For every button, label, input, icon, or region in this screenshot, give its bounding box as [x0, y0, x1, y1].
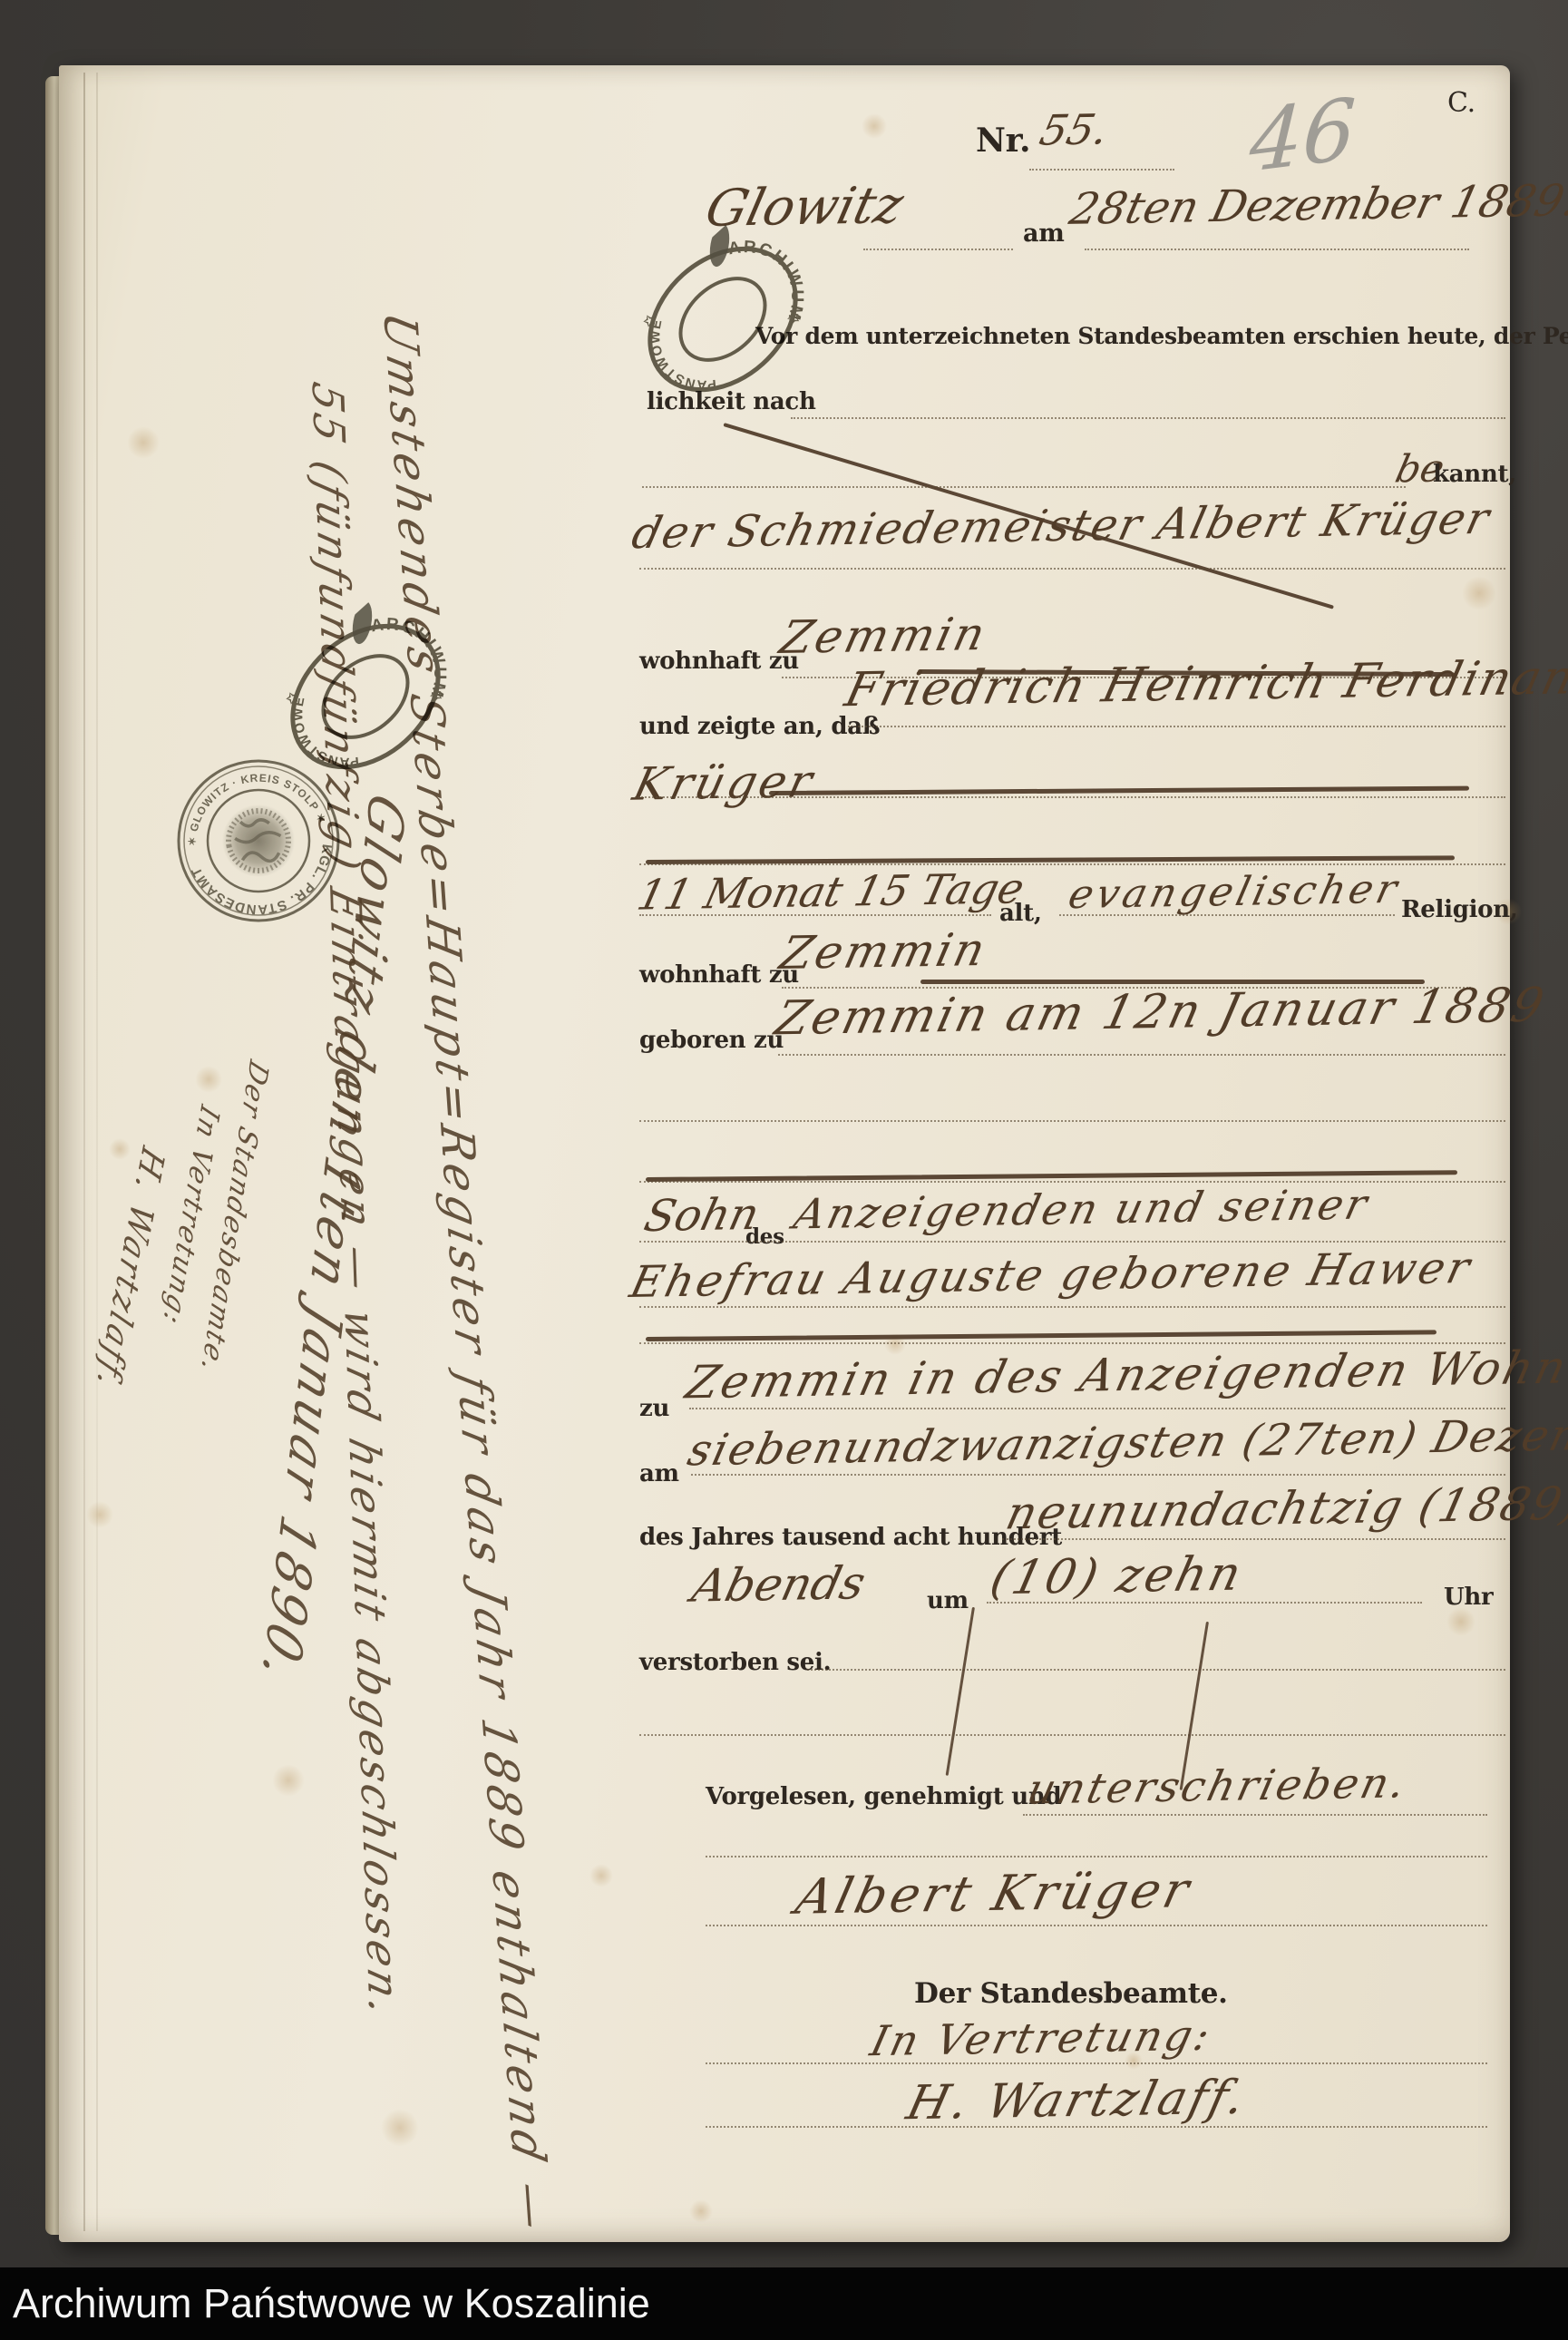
rule-signature-2: [706, 2126, 1487, 2128]
rule-age: [639, 914, 991, 916]
year-entry: neunundachtzig (1889): [1001, 1477, 1568, 1539]
binding-crease: [96, 73, 98, 2231]
rule-birth: [778, 1054, 1505, 1056]
residence-entry-2: Zemmin: [775, 923, 993, 980]
religion-entry: evangelischer: [1064, 866, 1405, 918]
residence-entry-1: Zemmin: [775, 608, 993, 664]
document-scan-stage: Nr. 55. C. 46 Glowitz am 28ten Dezember …: [0, 0, 1568, 2340]
um-label: um: [927, 1587, 969, 1614]
age-entry: 11 Monat 15 Tage: [633, 863, 1029, 919]
des-label: des: [745, 1224, 784, 1249]
date-entry: 28ten Dezember 1889.: [1065, 175, 1568, 235]
record-number-label: Nr.: [976, 122, 1030, 160]
rule-child-name-1: [848, 726, 1505, 727]
wohnhaft-label-2: wohnhaft zu: [639, 961, 799, 989]
uhr-label: Uhr: [1444, 1584, 1493, 1611]
verstorben-label: verstorben sei.: [639, 1649, 831, 1676]
am-label: am: [1023, 219, 1064, 248]
rule-verstorben: [807, 1669, 1505, 1671]
unterschrieben-entry: unterschrieben.: [1023, 1758, 1413, 1813]
bekannt-printed-part: kannt,: [1433, 461, 1516, 488]
rule-signature-1: [706, 1925, 1487, 1926]
geboren-label: geboren zu: [639, 1027, 784, 1054]
record-number-value: 55.: [1036, 104, 1114, 154]
rule-under-number: [1029, 169, 1174, 171]
time-prefix-entry: Abends: [687, 1556, 871, 1612]
archive-name: Archiwum Państwowe w Koszalinie: [13, 2267, 650, 2340]
rule-vertretung: [706, 2062, 1487, 2064]
rule-blank-2: [642, 486, 1406, 488]
intro-line-1: Vor dem unterzeichneten Standesbeamten e…: [755, 323, 1568, 349]
rule-year: [1002, 1538, 1505, 1540]
rule-unterschrieben: [1023, 1814, 1487, 1816]
rule-death-day: [691, 1474, 1505, 1476]
pencil-archive-number: 46: [1248, 80, 1359, 191]
corner-letter: C.: [1447, 87, 1475, 119]
religion-label: Religion,: [1401, 896, 1518, 923]
declarant-signature: Albert Krüger: [791, 1861, 1198, 1926]
am-label-2: am: [639, 1460, 679, 1487]
rule-time: [987, 1602, 1422, 1604]
rule-relation-1: [639, 1241, 1505, 1243]
rule-religion: [1059, 914, 1395, 916]
rule-relation-2: [639, 1306, 1505, 1308]
rule-blank-5: [639, 1181, 1505, 1183]
rule-blank-8: [706, 1856, 1487, 1857]
rule-child-name-2: [635, 796, 1505, 798]
vorgelesen-label: Vorgelesen, genehmigt und: [706, 1783, 1061, 1810]
archive-footer-bar: Archiwum Państwowe w Koszalinie: [0, 2267, 1568, 2340]
alt-label: alt,: [999, 900, 1042, 927]
rule-blank-7: [639, 1734, 1505, 1736]
relation-entry-b: Anzeigenden und seiner: [789, 1180, 1374, 1239]
rule-place: [863, 249, 1013, 250]
year-label: des Jahres tausend acht hundert: [639, 1524, 1062, 1551]
standesbeamte-label: Der Standesbeamte.: [914, 1977, 1228, 2010]
registry-round-stamp-icon: KGL. PR. STANDESAMT ✶ GLOWITZ · KREIS ST…: [159, 741, 358, 941]
rule-death-place: [689, 1408, 1505, 1409]
rule-blank-3: [639, 863, 1505, 865]
rule-declarant: [639, 568, 1505, 570]
rule-blank-4: [639, 1120, 1505, 1122]
rule-blank-1: [791, 417, 1505, 419]
child-name-entry-2: Krüger: [628, 755, 820, 810]
official-signature: H. Wartzlaff.: [901, 2071, 1252, 2130]
rule-date: [1085, 249, 1469, 250]
binding-crease: [83, 73, 85, 2231]
time-entry: (10) zehn: [985, 1547, 1248, 1606]
zu-label: zu: [639, 1395, 669, 1422]
vertretung-entry: In Vertretung:: [866, 2011, 1217, 2066]
